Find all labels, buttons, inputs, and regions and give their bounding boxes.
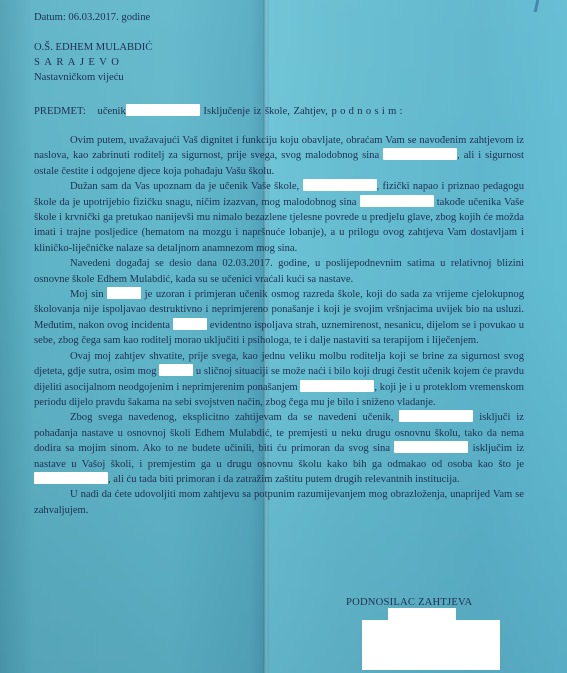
recipient-city: SARAJEVO (34, 55, 152, 70)
paragraph-closing: U nadi da ćete udovoljiti mom zahtjevu s… (34, 487, 524, 518)
redaction-box (34, 472, 108, 484)
recipient-school: O.Š. EDHEM MULABDIĆ (34, 40, 152, 55)
signature-redaction-box (362, 620, 500, 670)
redaction-box (394, 441, 468, 453)
redaction-box (383, 148, 457, 160)
redaction-box (360, 195, 434, 207)
subject-prefix: učenik (98, 106, 126, 117)
recipient-council: Nastavničkom vijeću (34, 70, 152, 85)
redaction-box (173, 318, 207, 330)
redaction-box (303, 179, 377, 191)
paragraph-son: Moj sin je uzoran i primjeran učenik osm… (34, 287, 524, 349)
date-line: Datum: 06.03.2017. godine (34, 10, 150, 25)
signature-label: PODNOSILAC ZAHTJEVA (346, 597, 472, 608)
paragraph-event-date: Navedeni događaj se desio dana 02.03.201… (34, 256, 524, 287)
paragraph-demand: Zbog svega navedenog, eksplicitno zahtij… (34, 410, 524, 487)
paragraph-request: Ovaj moj zahtjev shvatite, prije svega, … (34, 349, 524, 411)
subject-label: PREDMET: (34, 106, 86, 117)
redaction-box (107, 287, 141, 299)
redaction-box (159, 364, 193, 376)
subject-text: Isključenje iz škole, Zahtjev, (203, 106, 327, 117)
subject-line: PREDMET: učenik Isključenje iz škole, Za… (34, 104, 406, 119)
redaction-box (126, 104, 200, 116)
letter-body: Ovim putem, uvažavajući Vaš dignitet i f… (34, 133, 524, 518)
recipient-address: O.Š. EDHEM MULABDIĆ SARAJEVO Nastavničko… (34, 40, 152, 85)
subject-verb: podnosim: (331, 106, 405, 117)
paragraph-intro: Ovim putem, uvažavajući Vaš dignitet i f… (34, 133, 524, 179)
redaction-box (300, 380, 374, 392)
redaction-box (399, 410, 473, 422)
paragraph-incident: Dužan sam da Vas upoznam da je učenik Va… (34, 179, 524, 256)
pen-mark (534, 0, 540, 12)
